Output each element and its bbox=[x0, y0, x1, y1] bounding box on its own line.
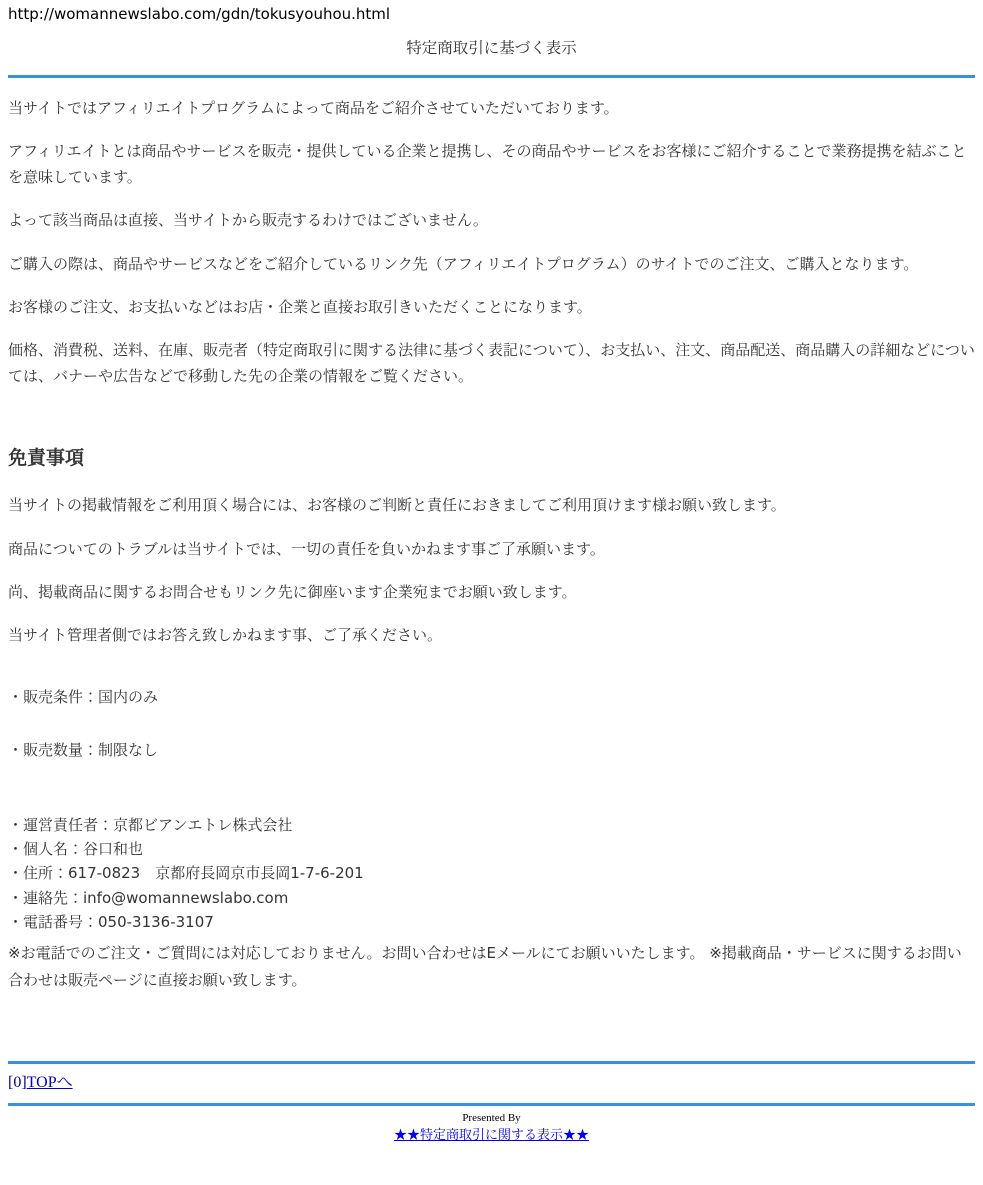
tokushoho-site-link[interactable]: ★★特定商取引に関する表示★★ bbox=[394, 1127, 589, 1143]
contact-note: ※お電話でのご注文・ご質問には対応しておりません。お問い合わせはEメールにてお願… bbox=[8, 940, 975, 993]
intro-paragraph: お客様のご注文、お支払いなどはお店・企業と直接お取引きいただくことになります。 bbox=[8, 294, 975, 320]
business-info-line: ・住所：617-0823 京都府長岡京市長岡1-7-6-201 bbox=[8, 861, 975, 885]
presented-by-label: Presented By bbox=[8, 1112, 975, 1126]
business-info-line: ・電話番号：050-3136-3107 bbox=[8, 910, 975, 934]
business-info-line: ・運営責任者：京都ビアンエトレ株式会社 bbox=[8, 813, 975, 837]
top-link[interactable]: TOPへ bbox=[27, 1074, 73, 1091]
page-title: 特定商取引に基づく表示 bbox=[8, 39, 975, 58]
disclaimer-paragraph: 商品についてのトラブルは当サイトでは、一切の責任を負いかねます事ご了承願います。 bbox=[8, 536, 975, 562]
intro-paragraph: 価格、消費税、送料、在庫、販売者（特定商取引に関する法律に基づく表記について）、… bbox=[8, 337, 975, 390]
top-link-row: [0]TOPへ bbox=[8, 1073, 975, 1094]
sales-term-item: ・販売数量：制限なし bbox=[8, 737, 975, 763]
top-link-accesskey: [0] bbox=[8, 1074, 27, 1091]
disclaimer-heading: 免責事項 bbox=[8, 446, 975, 471]
disclaimer-section: 免責事項 当サイトの掲載情報をご利用頂く場合には、お客様のご判断と責任におきまし… bbox=[8, 446, 975, 649]
business-info-section: ・運営責任者：京都ビアンエトレ株式会社 ・個人名：谷口和也 ・住所：617-08… bbox=[8, 813, 975, 934]
intro-section: 当サイトではアフィリエイトプログラムによって商品をご紹介させていただいております… bbox=[8, 95, 975, 390]
disclaimer-paragraph: 当サイト管理者側ではお答え致しかねます事、ご了承ください。 bbox=[8, 622, 975, 648]
divider-line bbox=[8, 1103, 975, 1106]
intro-paragraph: ご購入の際は、商品やサービスなどをご紹介しているリンク先（アフィリエイトプログラ… bbox=[8, 251, 975, 277]
page: http://womannewslabo.com/gdn/tokusyouhou… bbox=[0, 0, 983, 1185]
disclaimer-paragraph: 尚、掲載商品に関するお問合せもリンク先に御座います企業宛までお願い致します。 bbox=[8, 579, 975, 605]
intro-paragraph: よって該当商品は直接、当サイトから販売するわけではございません。 bbox=[8, 207, 975, 233]
sales-term-item: ・販売条件：国内のみ bbox=[8, 684, 975, 710]
intro-paragraph: 当サイトではアフィリエイトプログラムによって商品をご紹介させていただいております… bbox=[8, 95, 975, 121]
sales-terms-section: ・販売条件：国内のみ ・販売数量：制限なし bbox=[8, 684, 975, 763]
business-info-line: ・個人名：谷口和也 bbox=[8, 837, 975, 861]
business-info-line: ・連絡先：info@womannewslabo.com bbox=[8, 886, 975, 910]
page-url-text: http://womannewslabo.com/gdn/tokusyouhou… bbox=[8, 5, 975, 23]
divider-line bbox=[8, 1061, 975, 1064]
disclaimer-paragraph: 当サイトの掲載情報をご利用頂く場合には、お客様のご判断と責任におきましてご利用頂… bbox=[8, 492, 975, 518]
intro-paragraph: アフィリエイトとは商品やサービスを販売・提供している企業と提携し、その商品やサー… bbox=[8, 138, 975, 191]
footer-credit: Presented By ★★特定商取引に関する表示★★ bbox=[8, 1112, 975, 1146]
divider-line-top bbox=[8, 75, 975, 78]
